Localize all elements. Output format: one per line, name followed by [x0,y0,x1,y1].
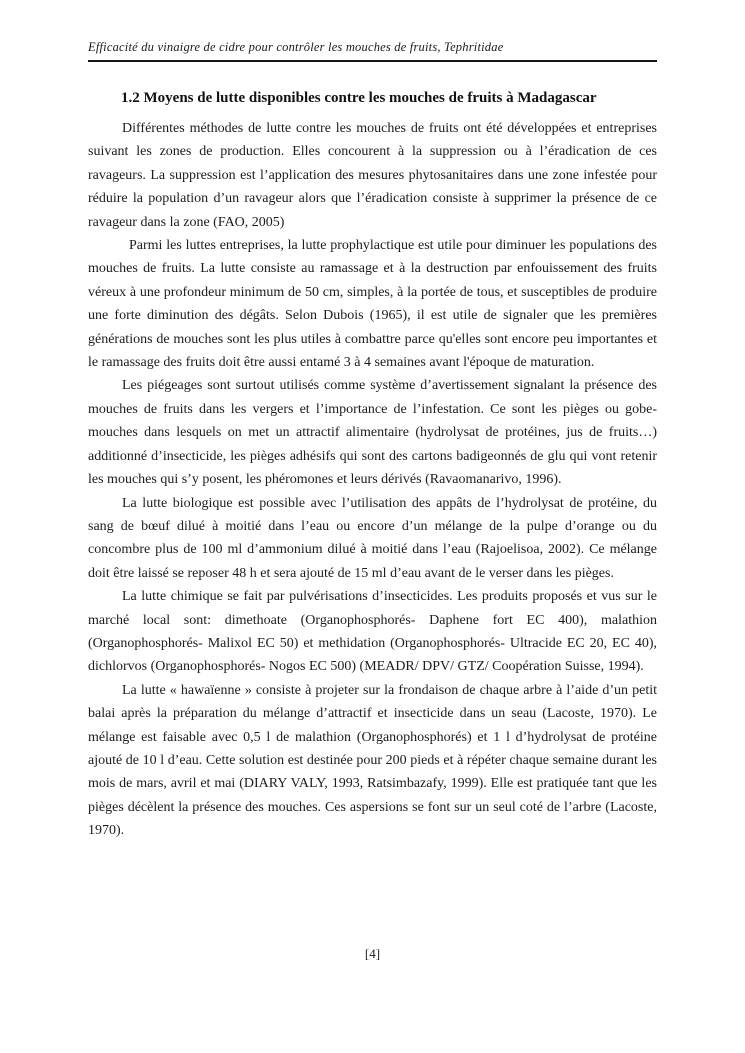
paragraph: La lutte chimique se fait par pulvérisat… [88,585,657,679]
paragraph: La lutte « hawaïenne » consiste à projet… [88,679,657,843]
paragraph: La lutte biologique est possible avec l’… [88,492,657,586]
body-text: Différentes méthodes de lutte contre les… [88,117,657,843]
paragraph: Différentes méthodes de lutte contre les… [88,117,657,234]
page-number: [4] [0,946,745,962]
running-header: Efficacité du vinaigre de cidre pour con… [88,39,657,62]
paragraph: Les piégeages sont surtout utilisés comm… [88,374,657,491]
section-heading: 1.2 Moyens de lutte disponibles contre l… [88,89,657,108]
text-column: Efficacité du vinaigre de cidre pour con… [88,0,657,843]
paragraph: Parmi les luttes entreprises, la lutte p… [88,234,657,374]
document-page: Efficacité du vinaigre de cidre pour con… [0,0,745,1053]
